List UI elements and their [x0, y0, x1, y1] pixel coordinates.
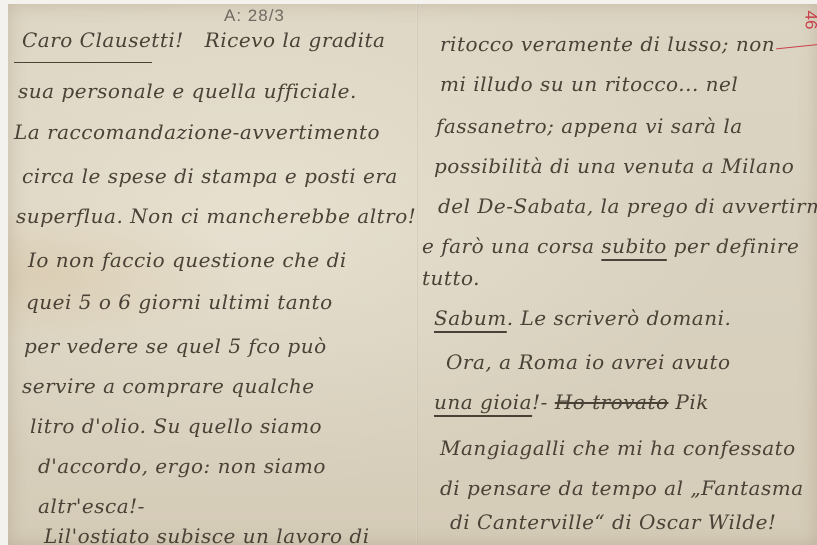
handwritten-line: Mangiagalli che mi ha confessato	[440, 436, 796, 460]
handwritten-line: una gioia!- Ho trovato Pik	[434, 390, 709, 414]
handwritten-line: superflua. Non ci mancherebbe altro!	[16, 204, 416, 228]
underlined-word: Sabum	[434, 306, 507, 330]
handwritten-line: d'accordo, ergo: non siamo	[38, 454, 326, 478]
handwritten-line: altr'esca!-	[38, 494, 145, 518]
handwritten-line: per vedere se quel 5 fco può	[24, 334, 327, 358]
handwritten-line: fassanetro; appena vi sarà la	[436, 114, 743, 138]
page-number-underline	[776, 44, 817, 50]
handwritten-line: servire a comprare qualche	[22, 374, 315, 398]
archive-mark: A: 28/3	[224, 6, 285, 26]
handwritten-line: La raccomandazione-avvertimento	[14, 120, 380, 144]
page-fold	[416, 4, 418, 545]
handwritten-line: e farò una corsa subito per definire	[422, 234, 799, 258]
handwritten-line: quei 5 o 6 giorni ultimi tanto	[26, 290, 333, 314]
struck-text: Ho trovato	[555, 390, 669, 414]
handwritten-line: litro d'olio. Su quello siamo	[30, 414, 322, 438]
handwritten-line: di pensare da tempo al „Fantasma	[440, 476, 804, 500]
handwritten-line: Ora, a Roma io avrei avuto	[446, 350, 731, 374]
handwritten-line: ritocco veramente di lusso; non	[440, 32, 775, 56]
salutation: Caro Clausetti!	[22, 28, 184, 52]
handwritten-line: tutto.	[422, 266, 480, 290]
letter-sheet: A: 28/3 46 Caro Clausetti! Ricevo la gra…	[8, 4, 817, 545]
salutation-underline	[14, 62, 152, 63]
handwritten-line: mi illudo su un ritocco... nel	[440, 72, 738, 96]
handwritten-line: circa le spese di stampa e posti era	[22, 164, 398, 188]
handwritten-line: Sabum. Le scriverò domani.	[434, 306, 731, 330]
handwritten-line: di Canterville“ di Oscar Wilde!	[450, 510, 776, 534]
handwritten-line: Io non faccio questione che di	[28, 248, 347, 272]
page-number: 46	[800, 11, 817, 30]
underlined-word: subito	[601, 234, 666, 258]
handwritten-line: del De-Sabata, la prego di avvertirmi	[438, 194, 817, 218]
underlined-word: una gioia	[434, 390, 532, 414]
handwritten-line: sua personale e quella ufficiale.	[18, 79, 357, 103]
handwritten-line: Caro Clausetti! Ricevo la gradita	[22, 28, 385, 52]
handwritten-line: Lil'ostiato subisce un lavoro di	[44, 524, 370, 545]
handwritten-line: possibilità di una venuta a Milano	[434, 154, 794, 178]
